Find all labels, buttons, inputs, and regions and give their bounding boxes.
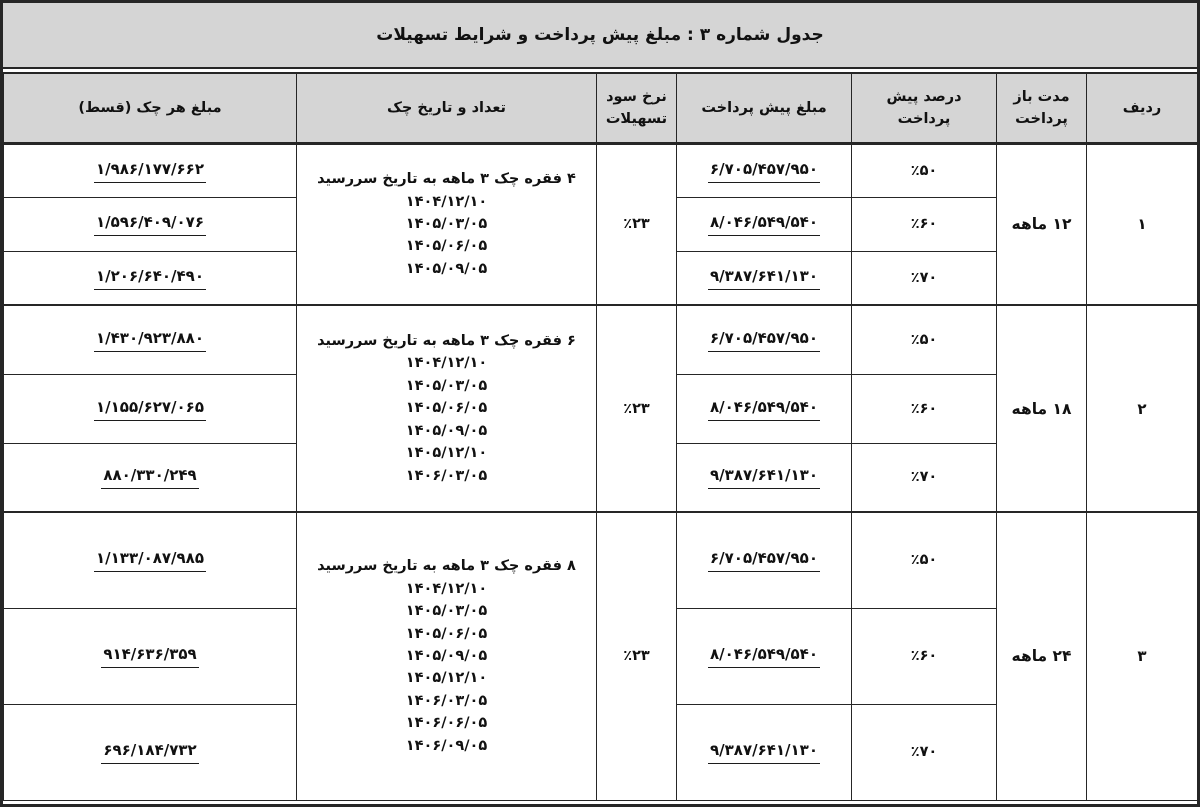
check-dates-cell: ۶ فقره چک ۳ ماهه به تاریخ سررسید ۱۴۰۴/۱۲… bbox=[297, 305, 597, 512]
prepayment-amount-cell: ۹/۳۸۷/۶۴۱/۱۳۰ bbox=[677, 704, 852, 800]
prepayment-amount: ۸/۰۴۶/۵۴۹/۵۴۰ bbox=[708, 398, 820, 421]
prepayment-amount-cell: ۸/۰۴۶/۵۴۹/۵۴۰ bbox=[677, 197, 852, 251]
table-frame: جدول شماره ۳ : مبلغ پیش پرداخت و شرایط ت… bbox=[0, 0, 1200, 807]
prepayment-percent-cell: ٪۵۰ bbox=[852, 143, 997, 197]
check-date: ۱۴۰۶/۰۳/۰۵ bbox=[301, 690, 592, 712]
prepayment-percent-cell: ٪۵۰ bbox=[852, 512, 997, 608]
installment-amount: ۱/۱۳۳/۰۸۷/۹۸۵ bbox=[94, 549, 206, 572]
installment-amount-cell: ۸۸۰/۳۳۰/۲۴۹ bbox=[4, 443, 297, 512]
duration-cell: ۱۲ ماهه bbox=[997, 143, 1087, 305]
check-date: ۱۴۰۵/۰۹/۰۵ bbox=[301, 258, 592, 280]
installment-amount: ۶۹۶/۱۸۴/۷۳۲ bbox=[101, 741, 198, 764]
check-date: ۱۴۰۴/۱۲/۱۰ bbox=[301, 191, 592, 213]
installment-amount-cell: ۶۹۶/۱۸۴/۷۳۲ bbox=[4, 704, 297, 800]
check-date: ۱۴۰۵/۰۶/۰۵ bbox=[301, 235, 592, 257]
table-row: ۲ ۱۸ ماهه ٪۵۰ ۶/۷۰۵/۴۵۷/۹۵۰ ٪۲۳ ۶ فقره چ… bbox=[4, 305, 1198, 374]
row-index-cell: ۲ bbox=[1087, 305, 1198, 512]
row-index-cell: ۳ bbox=[1087, 512, 1198, 800]
prepayment-amount: ۶/۷۰۵/۴۵۷/۹۵۰ bbox=[708, 329, 820, 352]
installment-amount-cell: ۹۱۴/۶۳۶/۳۵۹ bbox=[4, 608, 297, 704]
prepayment-percent-cell: ٪۷۰ bbox=[852, 251, 997, 305]
column-header-check-dates: تعداد و تاریخ چک bbox=[297, 73, 597, 143]
installment-amount: ۱/۵۹۶/۴۰۹/۰۷۶ bbox=[94, 213, 206, 236]
installment-amount: ۱/۲۰۶/۶۴۰/۴۹۰ bbox=[94, 267, 206, 290]
prepayment-amount-cell: ۹/۳۸۷/۶۴۱/۱۳۰ bbox=[677, 443, 852, 512]
prepayment-amount: ۹/۳۸۷/۶۴۱/۱۳۰ bbox=[708, 466, 820, 489]
row-index-cell: ۱ bbox=[1087, 143, 1198, 305]
installment-amount: ۱/۴۳۰/۹۲۳/۸۸۰ bbox=[94, 329, 206, 352]
check-date: ۱۴۰۴/۱۲/۱۰ bbox=[301, 352, 592, 374]
duration-cell: ۱۸ ماهه bbox=[997, 305, 1087, 512]
prepayment-amount: ۸/۰۴۶/۵۴۹/۵۴۰ bbox=[708, 213, 820, 236]
check-count-text: ۶ فقره چک ۳ ماهه به تاریخ سررسید bbox=[301, 330, 592, 352]
duration-cell: ۲۴ ماهه bbox=[997, 512, 1087, 800]
check-date: ۱۴۰۵/۱۲/۱۰ bbox=[301, 667, 592, 689]
check-date: ۱۴۰۶/۰۹/۰۵ bbox=[301, 735, 592, 757]
prepayment-amount: ۹/۳۸۷/۶۴۱/۱۳۰ bbox=[708, 741, 820, 764]
check-date: ۱۴۰۵/۰۹/۰۵ bbox=[301, 420, 592, 442]
installment-amount: ۹۱۴/۶۳۶/۳۵۹ bbox=[101, 645, 198, 668]
check-date: ۱۴۰۶/۰۳/۰۵ bbox=[301, 465, 592, 487]
table-row: ۳ ۲۴ ماهه ٪۵۰ ۶/۷۰۵/۴۵۷/۹۵۰ ٪۲۳ ۸ فقره چ… bbox=[4, 512, 1198, 608]
check-date: ۱۴۰۵/۰۶/۰۵ bbox=[301, 397, 592, 419]
header-row: ردیف مدت باز پرداخت درصد پیش پرداخت مبلغ… bbox=[4, 73, 1198, 143]
installment-amount-cell: ۱/۹۸۶/۱۷۷/۶۶۲ bbox=[4, 143, 297, 197]
check-date: ۱۴۰۵/۰۳/۰۵ bbox=[301, 213, 592, 235]
interest-rate-cell: ٪۲۳ bbox=[597, 143, 677, 305]
installment-amount-cell: ۱/۲۰۶/۶۴۰/۴۹۰ bbox=[4, 251, 297, 305]
check-date: ۱۴۰۵/۰۶/۰۵ bbox=[301, 623, 592, 645]
check-date: ۱۴۰۴/۱۲/۱۰ bbox=[301, 578, 592, 600]
check-count-text: ۸ فقره چک ۳ ماهه به تاریخ سررسید bbox=[301, 555, 592, 577]
column-header-installment-amount: مبلغ هر چک (قسط) bbox=[4, 73, 297, 143]
prepayment-amount-cell: ۸/۰۴۶/۵۴۹/۵۴۰ bbox=[677, 374, 852, 443]
check-dates-cell: ۸ فقره چک ۳ ماهه به تاریخ سررسید ۱۴۰۴/۱۲… bbox=[297, 512, 597, 800]
check-count-text: ۴ فقره چک ۳ ماهه به تاریخ سررسید bbox=[301, 168, 592, 190]
check-date: ۱۴۰۵/۰۹/۰۵ bbox=[301, 645, 592, 667]
prepayment-percent-cell: ٪۶۰ bbox=[852, 197, 997, 251]
prepayment-amount-cell: ۶/۷۰۵/۴۵۷/۹۵۰ bbox=[677, 512, 852, 608]
prepayment-percent-cell: ٪۷۰ bbox=[852, 443, 997, 512]
check-date: ۱۴۰۵/۰۳/۰۵ bbox=[301, 600, 592, 622]
installment-amount-cell: ۱/۴۳۰/۹۲۳/۸۸۰ bbox=[4, 305, 297, 374]
installment-amount-cell: ۱/۵۹۶/۴۰۹/۰۷۶ bbox=[4, 197, 297, 251]
prepayment-amount: ۸/۰۴۶/۵۴۹/۵۴۰ bbox=[708, 645, 820, 668]
installment-amount-cell: ۱/۱۳۳/۰۸۷/۹۸۵ bbox=[4, 512, 297, 608]
prepayment-percent-cell: ٪۶۰ bbox=[852, 374, 997, 443]
table-title-bar: جدول شماره ۳ : مبلغ پیش پرداخت و شرایط ت… bbox=[3, 3, 1197, 69]
column-header-duration: مدت باز پرداخت bbox=[997, 73, 1087, 143]
check-date: ۱۴۰۵/۱۲/۱۰ bbox=[301, 442, 592, 464]
table-title: جدول شماره ۳ : مبلغ پیش پرداخت و شرایط ت… bbox=[376, 25, 823, 45]
interest-rate-cell: ٪۲۳ bbox=[597, 305, 677, 512]
check-date: ۱۴۰۵/۰۳/۰۵ bbox=[301, 375, 592, 397]
prepayment-amount: ۹/۳۸۷/۶۴۱/۱۳۰ bbox=[708, 267, 820, 290]
prepayment-percent-cell: ٪۷۰ bbox=[852, 704, 997, 800]
check-dates-cell: ۴ فقره چک ۳ ماهه به تاریخ سررسید ۱۴۰۴/۱۲… bbox=[297, 143, 597, 305]
prepayment-amount: ۶/۷۰۵/۴۵۷/۹۵۰ bbox=[708, 160, 820, 183]
table-row: ۱ ۱۲ ماهه ٪۵۰ ۶/۷۰۵/۴۵۷/۹۵۰ ٪۲۳ ۴ فقره چ… bbox=[4, 143, 1198, 197]
installment-amount: ۱/۹۸۶/۱۷۷/۶۶۲ bbox=[94, 160, 206, 183]
column-header-row-index: ردیف bbox=[1087, 73, 1198, 143]
prepayment-amount: ۶/۷۰۵/۴۵۷/۹۵۰ bbox=[708, 549, 820, 572]
check-date: ۱۴۰۶/۰۶/۰۵ bbox=[301, 712, 592, 734]
column-header-interest-rate: نرخ سود تسهیلات bbox=[597, 73, 677, 143]
column-header-prepayment-amount: مبلغ پیش پرداخت bbox=[677, 73, 852, 143]
prepayment-percent-cell: ٪۵۰ bbox=[852, 305, 997, 374]
prepayment-amount-cell: ۶/۷۰۵/۴۵۷/۹۵۰ bbox=[677, 305, 852, 374]
column-header-prepayment-percent: درصد پیش پرداخت bbox=[852, 73, 997, 143]
interest-rate-cell: ٪۲۳ bbox=[597, 512, 677, 800]
installment-amount-cell: ۱/۱۵۵/۶۲۷/۰۶۵ bbox=[4, 374, 297, 443]
installment-amount: ۱/۱۵۵/۶۲۷/۰۶۵ bbox=[94, 398, 206, 421]
prepayment-amount-cell: ۸/۰۴۶/۵۴۹/۵۴۰ bbox=[677, 608, 852, 704]
prepayment-amount-cell: ۹/۳۸۷/۶۴۱/۱۳۰ bbox=[677, 251, 852, 305]
prepayment-percent-cell: ٪۶۰ bbox=[852, 608, 997, 704]
facilities-table: ردیف مدت باز پرداخت درصد پیش پرداخت مبلغ… bbox=[3, 72, 1198, 801]
prepayment-amount-cell: ۶/۷۰۵/۴۵۷/۹۵۰ bbox=[677, 143, 852, 197]
installment-amount: ۸۸۰/۳۳۰/۲۴۹ bbox=[101, 466, 198, 489]
